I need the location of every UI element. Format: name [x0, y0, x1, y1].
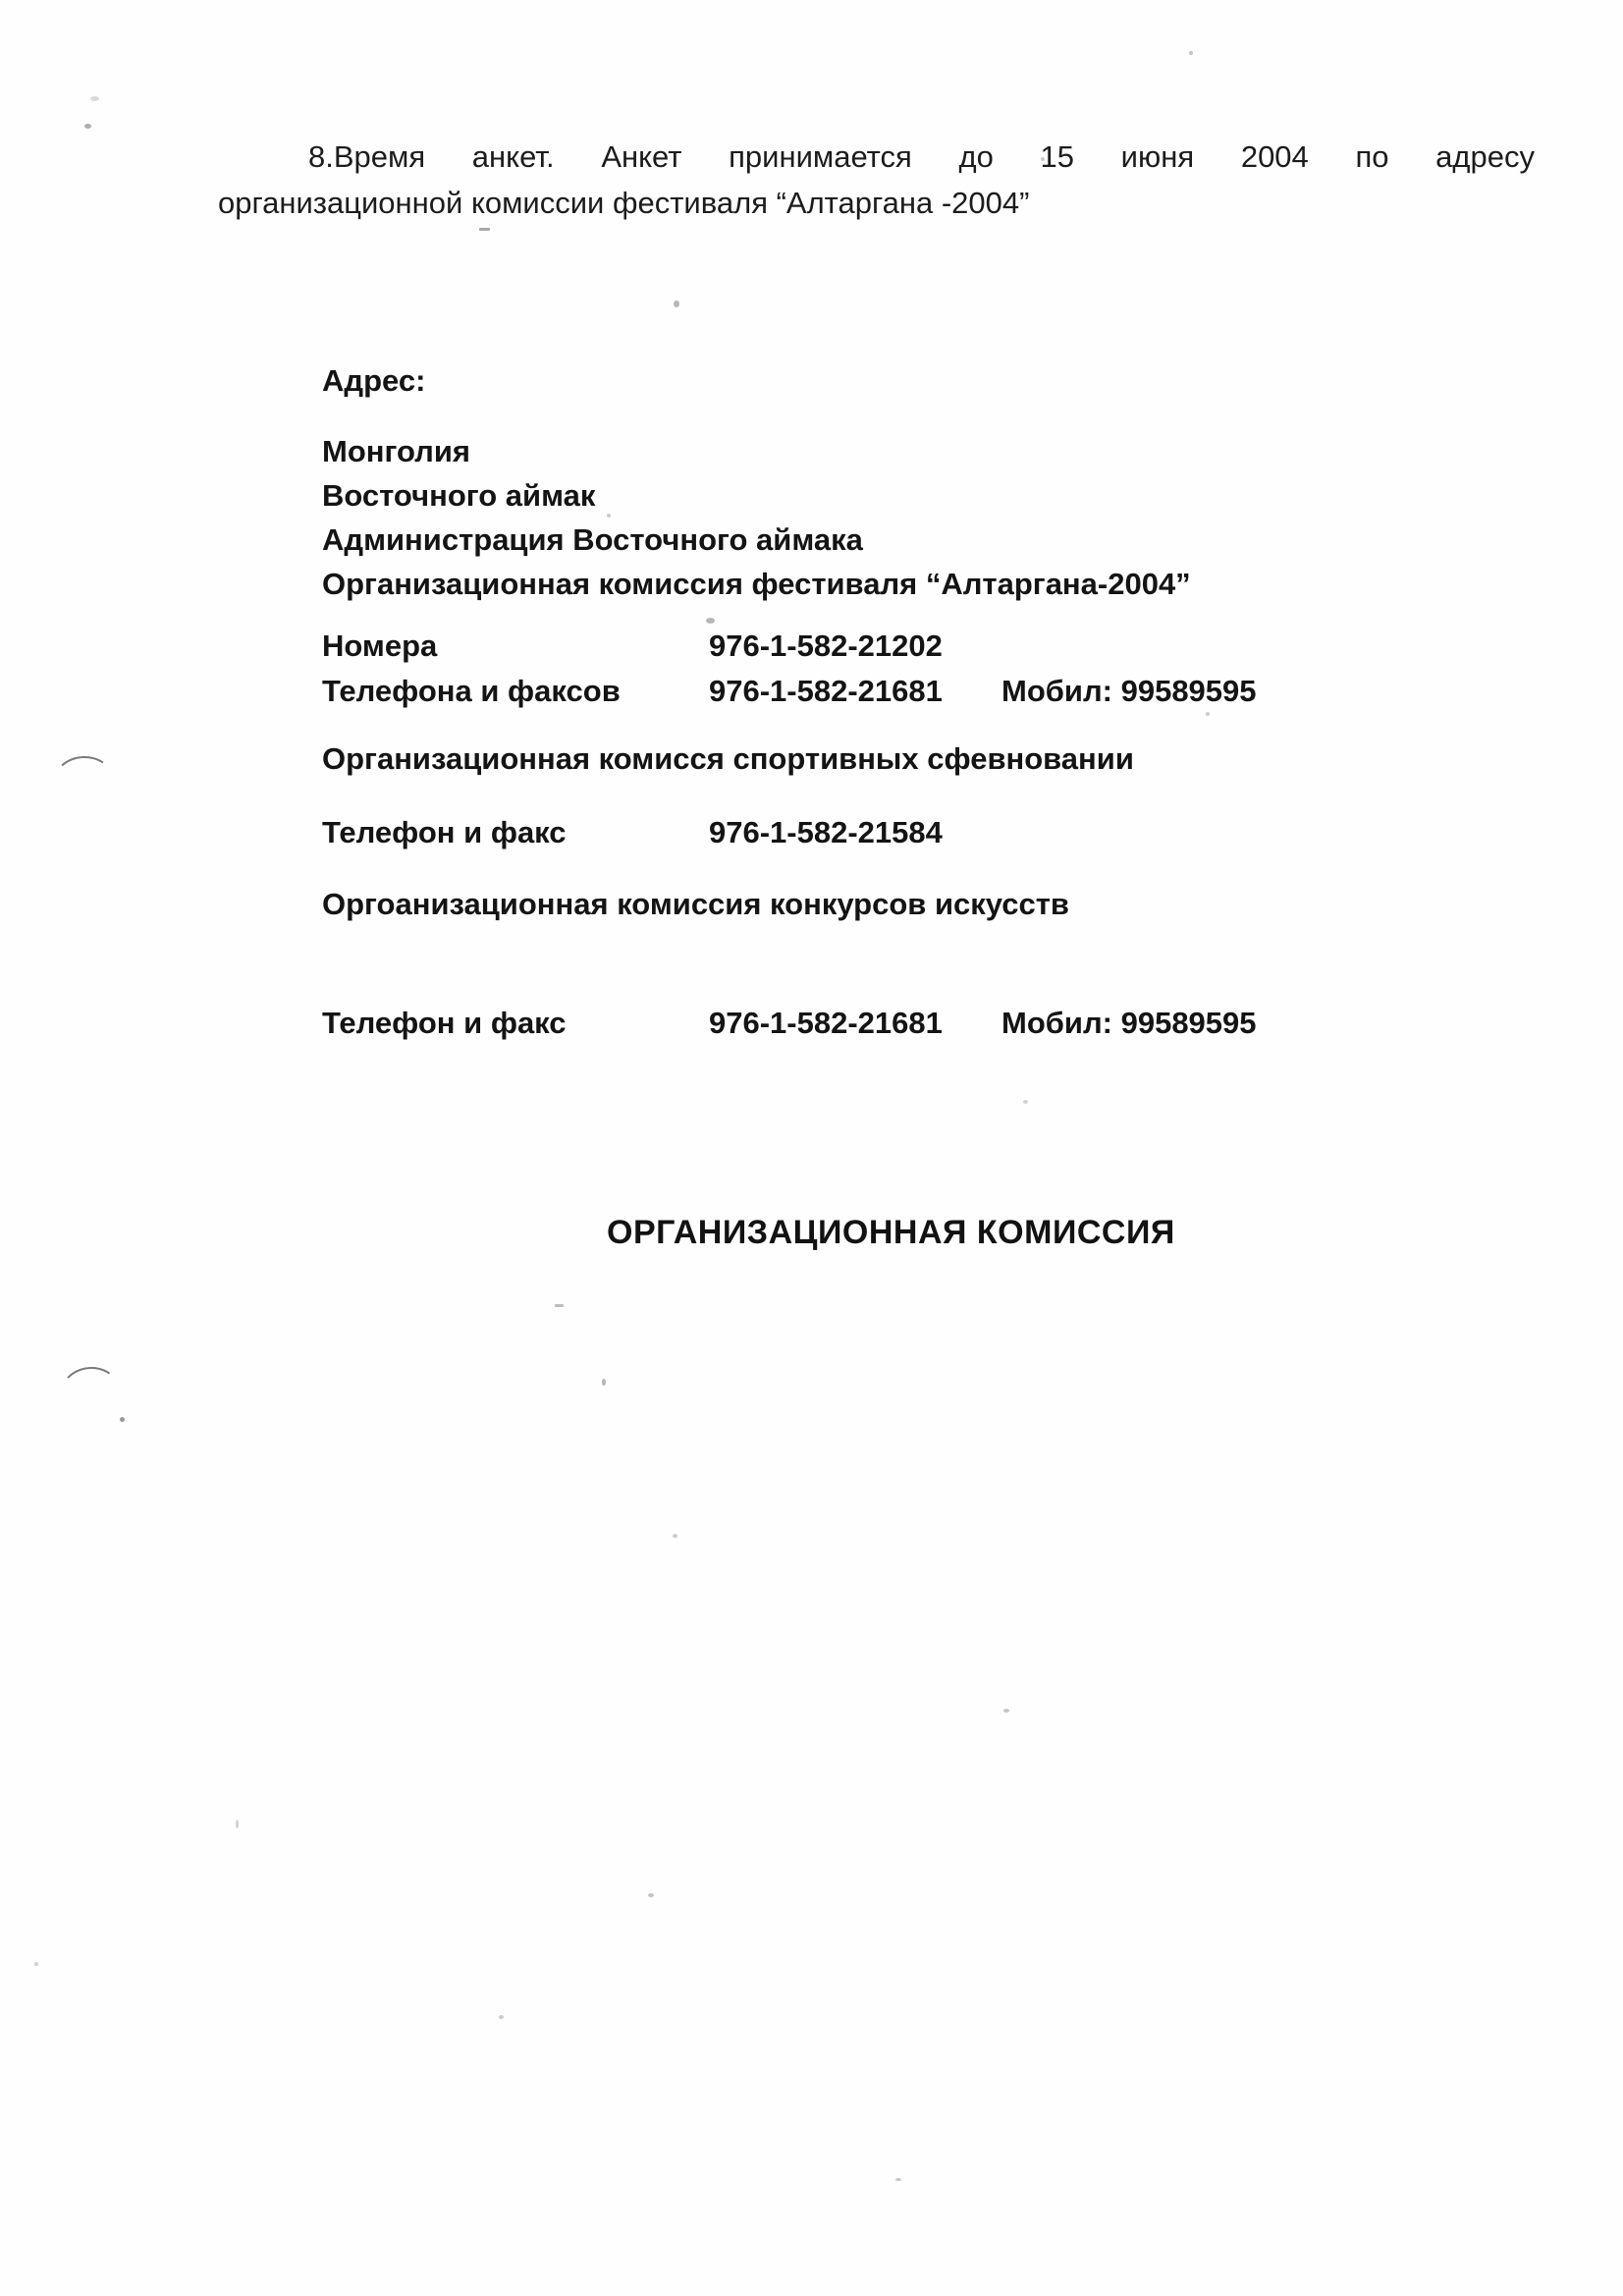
deadline-paragraph: 8.Время анкет. Анкет принимается до 15 и… — [218, 134, 1535, 226]
scan-speck — [555, 1304, 564, 1307]
scan-speck — [479, 228, 490, 231]
arts-phone-row: Телефон и факс 976-1-582-21681 Мобил: 99… — [322, 1006, 1402, 1051]
scan-speck — [674, 301, 679, 307]
sport-phone-row: Телефон и факс 976-1-582-21584 — [322, 815, 1402, 860]
deadline-paragraph-line-1: 8.Время анкет. Анкет принимается до 15 и… — [218, 134, 1535, 180]
address-heading: Адрес: — [322, 363, 425, 399]
arts-phone-number: 976-1-582-21681 — [709, 1006, 943, 1041]
phone-label-line-2: Телефона и факсов — [322, 674, 621, 708]
scan-arc-artifact-top — [54, 754, 114, 801]
scan-speck — [1003, 1709, 1009, 1713]
scan-speck — [1206, 712, 1210, 716]
scanned-document-page: 8.Время анкет. Анкет принимается до 15 и… — [0, 0, 1623, 2296]
scan-arc-artifact-bottom — [59, 1364, 123, 1419]
phone-label-line-1: Номера — [322, 629, 437, 663]
scan-speck — [706, 618, 715, 624]
phone-row-2: Телефона и факсов 976-1-582-21681 Мобил:… — [322, 674, 1402, 719]
address-line-country: Монголия — [322, 429, 1191, 473]
scan-speck — [1041, 157, 1045, 161]
scan-speck — [895, 2178, 901, 2181]
scan-speck — [499, 2015, 504, 2019]
scan-speck — [90, 96, 99, 101]
scan-speck — [120, 1417, 125, 1422]
deadline-paragraph-line-2: организационной комиссии фестиваля “Алта… — [218, 180, 1535, 226]
address-line-committee: Организационная комиссия фестиваля “Алта… — [322, 562, 1191, 606]
address-block: Монголия Восточного аймак Администрация … — [322, 429, 1191, 606]
organizing-committee-heading: ОРГАНИЗАЦИОННАЯ КОМИССИЯ — [607, 1214, 1175, 1252]
arts-mobile-number: Мобил: 99589595 — [1001, 1006, 1257, 1041]
sport-committee-title: Организационная комисся спортивных сфевн… — [322, 741, 1134, 777]
phone-number-1: 976-1-582-21202 — [709, 629, 943, 664]
address-line-administration: Администрация Восточного аймака — [322, 518, 1191, 562]
scan-speck — [602, 1379, 606, 1386]
scan-speck — [1189, 51, 1193, 55]
sport-phone-number: 976-1-582-21584 — [709, 815, 943, 850]
sport-phone-label: Телефон и факс — [322, 815, 567, 849]
mobile-number-1: Мобил: 99589595 — [1001, 674, 1257, 709]
arts-committee-title: Оргоанизационная комиссия конкурсов иску… — [322, 887, 1069, 922]
scan-speck — [1023, 1100, 1028, 1104]
scan-speck — [236, 1820, 239, 1829]
scan-speck — [607, 514, 611, 518]
scan-speck — [84, 124, 91, 129]
address-line-region: Восточного аймак — [322, 473, 1191, 518]
phone-fax-block: Номера 976-1-582-21202 Телефона и факсов… — [322, 629, 1402, 719]
arts-phone-label: Телефон и факс — [322, 1006, 567, 1040]
scan-speck — [673, 1534, 677, 1538]
phone-number-2: 976-1-582-21681 — [709, 674, 943, 709]
scan-speck — [648, 1893, 654, 1897]
scan-speck — [34, 1962, 38, 1966]
phone-row-1: Номера 976-1-582-21202 — [322, 629, 1402, 674]
